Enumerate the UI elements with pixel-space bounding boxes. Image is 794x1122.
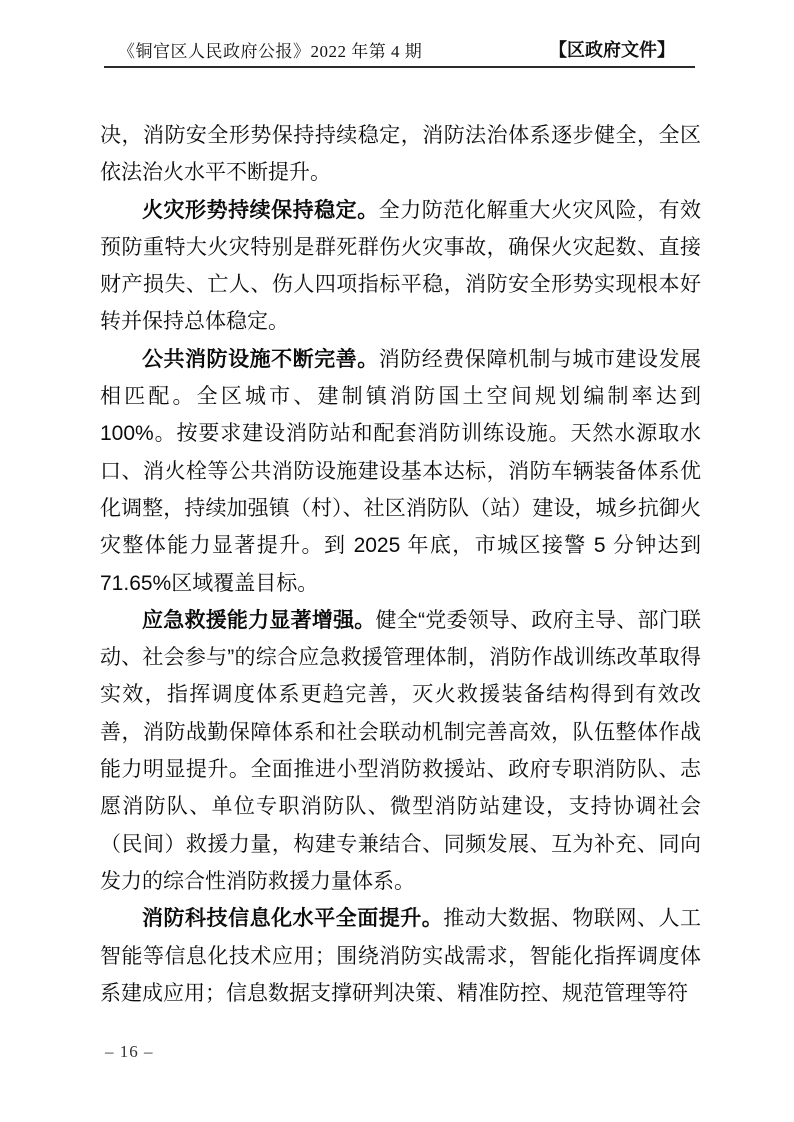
- paragraph-fire-situation: 火灾形势持续保持稳定。全力防范化解重大火灾风险，有效预防重特大火灾特别是群死群伤…: [100, 192, 701, 341]
- page-number: – 16 –: [105, 1042, 154, 1061]
- section-label: 【区政府文件】: [549, 36, 695, 62]
- document-page: 《铜官区人民政府公报》2022 年第 4 期 【区政府文件】 决，消防安全形势保…: [0, 0, 794, 1122]
- paragraph-text: 决，消防安全形势保持持续稳定，消防法治体系逐步健全，全区依法治火水平不断提升。: [100, 124, 701, 184]
- paragraph-text: 健全“党委领导、政府主导、部门联动、社会参与”的综合应急救援管理体制，消防作战训…: [100, 609, 701, 893]
- document-body: 决，消防安全形势保持持续稳定，消防法治体系逐步健全，全区依法治火水平不断提升。 …: [100, 117, 701, 1012]
- gazette-title: 《铜官区人民政府公报》2022 年第 4 期: [104, 37, 422, 62]
- paragraph-lead: 消防科技信息化水平全面提升。: [142, 907, 443, 930]
- paragraph-emergency-rescue: 应急救援能力显著增强。健全“党委领导、政府主导、部门联动、社会参与”的综合应急救…: [100, 602, 701, 900]
- paragraph-continuation: 决，消防安全形势保持持续稳定，消防法治体系逐步健全，全区依法治火水平不断提升。: [100, 117, 701, 192]
- page-footer: – 16 –: [105, 1042, 154, 1062]
- paragraph-lead: 应急救援能力显著增强。: [142, 609, 376, 632]
- header-divider: [104, 66, 695, 68]
- paragraph-lead: 火灾形势持续保持稳定。: [142, 199, 379, 222]
- paragraph-technology-informatization: 消防科技信息化水平全面提升。推动大数据、物联网、人工智能等信息化技术应用；围绕消…: [100, 900, 701, 1012]
- page-header: 《铜官区人民政府公报》2022 年第 4 期 【区政府文件】: [104, 36, 695, 62]
- paragraph-text: 消防经费保障机制与城市建设发展相匹配。全区城市、建制镇消防国土空间规划编制率达到…: [100, 348, 701, 595]
- paragraph-public-facilities: 公共消防设施不断完善。消防经费保障机制与城市建设发展相匹配。全区城市、建制镇消防…: [100, 341, 701, 602]
- paragraph-lead: 公共消防设施不断完善。: [142, 348, 379, 371]
